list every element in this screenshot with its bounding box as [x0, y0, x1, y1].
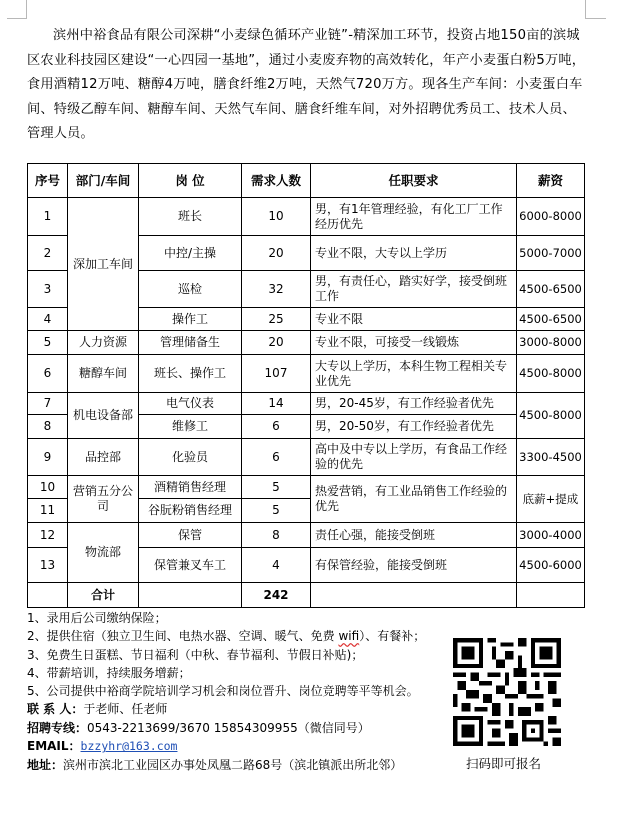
row-dept: 深加工车间 — [68, 198, 139, 331]
row-salary: 3000-4000 — [517, 523, 585, 548]
row-dept: 人力资源 — [68, 331, 139, 355]
benefit-item: 4、带薪培训，持续服务增薪； — [27, 664, 425, 682]
row-dept: 糖醇车间 — [68, 355, 139, 393]
qr-caption: 扫码即可报名 — [466, 754, 541, 772]
row-position: 班长、操作工 — [139, 355, 242, 393]
row-no: 1 — [28, 198, 68, 236]
contact-phone: 0543-2213699/3670 15854309955（微信同号） — [87, 721, 370, 735]
qr-code-icon — [453, 638, 561, 746]
row-no: 13 — [28, 548, 68, 583]
row-requirements: 专业不限，可接受一线锻炼 — [311, 331, 517, 355]
row-dept: 品控部 — [68, 439, 139, 476]
row-dept: 机电设备部 — [68, 393, 139, 439]
contact-phone-label: 招聘专线： — [27, 721, 87, 735]
row-requirements: 热爱营销，有工业品销售工作经验的优先 — [311, 476, 517, 523]
total-requirements — [311, 583, 517, 608]
page-corner-mark-right — [585, 0, 606, 19]
total-position — [139, 583, 242, 608]
total-count: 242 — [242, 583, 311, 608]
benefit-text-tail: ）、有餐补； — [359, 629, 425, 643]
row-requirements: 大专以上学历，本科生物工程相关专业优先 — [311, 355, 517, 393]
table-row: 6 糖醇车间 班长、操作工 107 大专以上学历，本科生物工程相关专业优先 45… — [28, 355, 585, 393]
contact-person-label: 联 系 人： — [27, 702, 83, 716]
contact-email-label: EMAIL： — [27, 739, 81, 753]
row-position: 电气仪表 — [139, 393, 242, 415]
row-count: 107 — [242, 355, 311, 393]
benefit-item: 2、提供住宿（独立卫生间、电热水器、空调、暖气、免费 wifi）、有餐补； — [27, 627, 425, 645]
row-position: 管理储备生 — [139, 331, 242, 355]
row-count: 5 — [242, 476, 311, 499]
benefits-list: 1、录用后公司缴纳保险； 2、提供住宿（独立卫生间、电热水器、空调、暖气、免费 … — [27, 609, 425, 700]
header-salary: 薪资 — [517, 164, 585, 198]
row-requirements: 男，20-45岁，有工作经验者优先 — [311, 393, 517, 415]
row-count: 14 — [242, 393, 311, 415]
benefit-item: 3、免费生日蛋糕、节日福利（中秋、春节福利、节假日补贴)； — [27, 646, 425, 664]
row-position: 巡检 — [139, 271, 242, 308]
contact-address-label: 地址： — [27, 758, 63, 772]
intro-paragraph: 滨州中裕食品有限公司深耕“小麦绿色循环产业链”-精深加工环节，投资占地150亩的… — [27, 24, 587, 147]
row-no: 10 — [28, 476, 68, 499]
table-header-row: 序号 部门/车间 岗 位 需求人数 任职要求 薪资 — [28, 164, 585, 198]
row-requirements: 专业不限 — [311, 308, 517, 331]
table-row: 10 营销五分公司 酒精销售经理 5 热爱营销，有工业品销售工作经验的优先 底薪… — [28, 476, 585, 499]
row-count: 5 — [242, 499, 311, 523]
row-requirements: 有保管经验，能接受倒班 — [311, 548, 517, 583]
row-salary: 4500-8000 — [517, 393, 585, 439]
table-row: 5 人力资源 管理储备生 20 专业不限，可接受一线锻炼 3000-8000 — [28, 331, 585, 355]
row-no: 11 — [28, 499, 68, 523]
row-salary: 4500-6500 — [517, 308, 585, 331]
header-requirements: 任职要求 — [311, 164, 517, 198]
contact-block: 联 系 人：于老师、任老师 招聘专线：0543-2213699/3670 158… — [27, 700, 402, 775]
row-count: 25 — [242, 308, 311, 331]
header-no: 序号 — [28, 164, 68, 198]
benefit-item: 1、录用后公司缴纳保险； — [27, 609, 425, 627]
row-count: 20 — [242, 331, 311, 355]
contact-email-link[interactable]: bzzyhr@163.com — [81, 739, 178, 753]
benefit-text: 2、提供住宿（独立卫生间、电热水器、空调、暖气、免费 — [27, 629, 335, 643]
row-salary: 4500-6500 — [517, 271, 585, 308]
row-no: 7 — [28, 393, 68, 415]
row-requirements: 专业不限，大专以上学历 — [311, 236, 517, 271]
table-row: 7 机电设备部 电气仪表 14 男，20-45岁，有工作经验者优先 4500-8… — [28, 393, 585, 415]
row-salary: 4500-6000 — [517, 548, 585, 583]
row-salary: 6000-8000 — [517, 198, 585, 236]
row-position: 保管 — [139, 523, 242, 548]
table-row: 12 物流部 保管 8 责任心强，能接受倒班 3000-4000 — [28, 523, 585, 548]
contact-phone-row: 招聘专线：0543-2213699/3670 15854309955（微信同号） — [27, 719, 402, 738]
row-requirements: 责任心强，能接受倒班 — [311, 523, 517, 548]
row-position: 化验员 — [139, 439, 242, 476]
row-requirements: 高中及中专以上学历，有食品工作经验的优先 — [311, 439, 517, 476]
row-salary: 3300-4500 — [517, 439, 585, 476]
row-salary: 底薪+提成 — [517, 476, 585, 523]
row-position: 谷朊粉销售经理 — [139, 499, 242, 523]
row-no: 9 — [28, 439, 68, 476]
contact-person: 于老师、任老师 — [83, 702, 167, 716]
row-count: 32 — [242, 271, 311, 308]
table-total-row: 合计 242 — [28, 583, 585, 608]
wifi-text: wifi — [338, 629, 359, 643]
row-count: 8 — [242, 523, 311, 548]
row-no: 8 — [28, 415, 68, 439]
row-position: 班长 — [139, 198, 242, 236]
contact-address: 滨州市滨北工业园区办事处凤凰二路68号（滨北镇派出所北邻） — [63, 758, 402, 772]
row-dept: 物流部 — [68, 523, 139, 583]
total-label: 合计 — [68, 583, 139, 608]
row-dept: 营销五分公司 — [68, 476, 139, 523]
row-count: 4 — [242, 548, 311, 583]
table-row: 1 深加工车间 班长 10 男，有1年管理经验，有化工厂工作经历优先 6000-… — [28, 198, 585, 236]
row-count: 6 — [242, 439, 311, 476]
table-row: 9 品控部 化验员 6 高中及中专以上学历，有食品工作经验的优先 3300-45… — [28, 439, 585, 476]
row-no: 3 — [28, 271, 68, 308]
benefit-item: 5、公司提供中裕商学院培训学习机会和岗位晋升、岗位竞聘等平等机会。 — [27, 682, 425, 700]
row-salary: 4500-8000 — [517, 355, 585, 393]
contact-address-row: 地址：滨州市滨北工业园区办事处凤凰二路68号（滨北镇派出所北邻） — [27, 756, 402, 775]
row-position: 维修工 — [139, 415, 242, 439]
header-position: 岗 位 — [139, 164, 242, 198]
row-no: 6 — [28, 355, 68, 393]
total-no — [28, 583, 68, 608]
row-no: 5 — [28, 331, 68, 355]
row-no: 12 — [28, 523, 68, 548]
recruitment-table: 序号 部门/车间 岗 位 需求人数 任职要求 薪资 1 深加工车间 班长 10 … — [27, 163, 585, 608]
row-count: 10 — [242, 198, 311, 236]
header-dept: 部门/车间 — [68, 164, 139, 198]
header-count: 需求人数 — [242, 164, 311, 198]
page-corner-mark-left — [7, 0, 27, 19]
row-requirements: 男，有责任心，踏实好学，接受倒班工作 — [311, 271, 517, 308]
row-salary: 5000-7000 — [517, 236, 585, 271]
row-no: 4 — [28, 308, 68, 331]
contact-person-row: 联 系 人：于老师、任老师 — [27, 700, 402, 719]
row-position: 保管兼叉车工 — [139, 548, 242, 583]
row-position: 操作工 — [139, 308, 242, 331]
row-requirements: 男，有1年管理经验，有化工厂工作经历优先 — [311, 198, 517, 236]
total-salary — [517, 583, 585, 608]
contact-email-row: EMAIL：bzzyhr@163.com — [27, 737, 402, 756]
row-position: 酒精销售经理 — [139, 476, 242, 499]
row-salary: 3000-8000 — [517, 331, 585, 355]
row-requirements: 男，20-50岁，有工作经验者优先 — [311, 415, 517, 439]
row-position: 中控/主操 — [139, 236, 242, 271]
row-count: 6 — [242, 415, 311, 439]
row-no: 2 — [28, 236, 68, 271]
row-count: 20 — [242, 236, 311, 271]
